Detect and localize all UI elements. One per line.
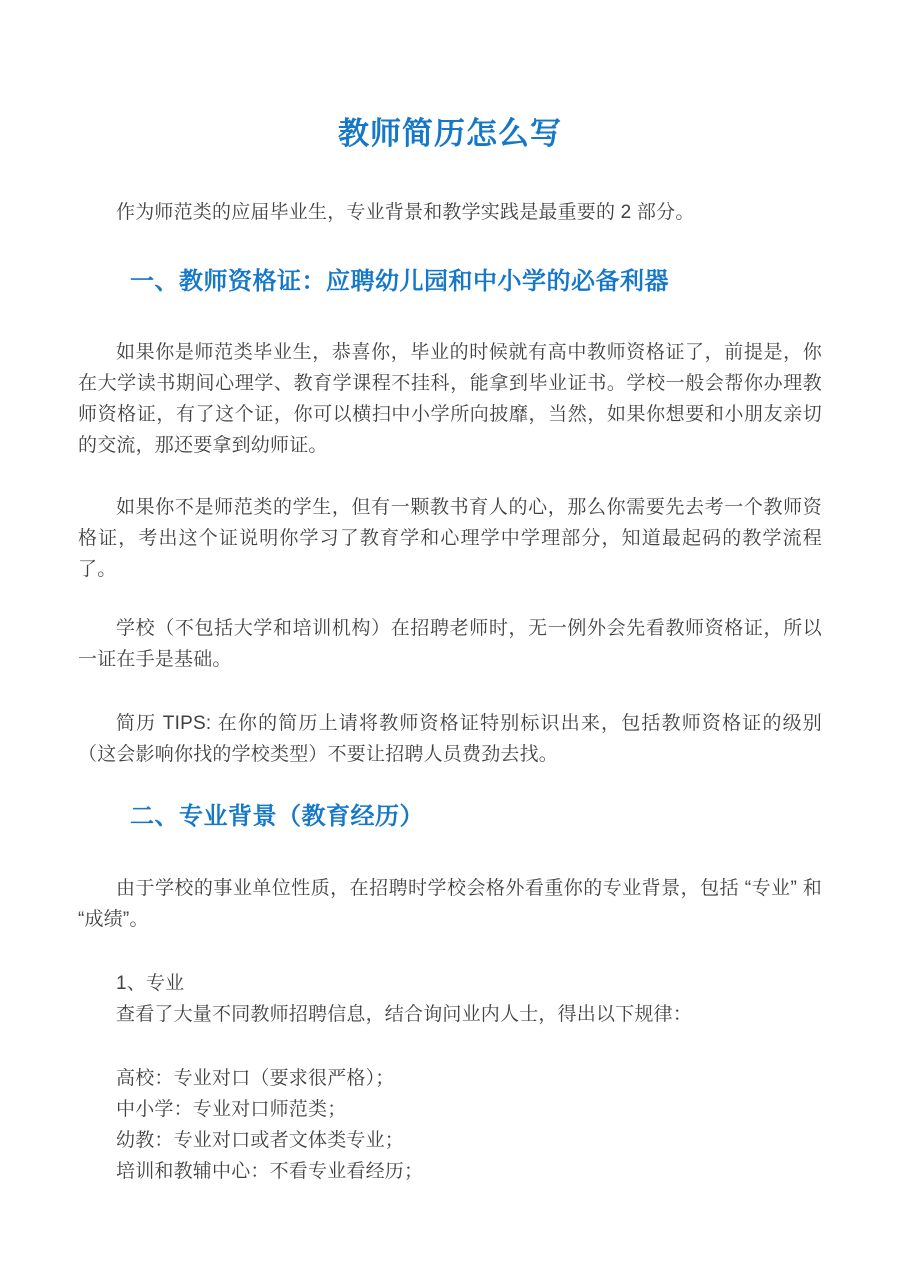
section-1-paragraph-3: 学校（不包括大学和培训机构）在招聘老师时，无一例外会先看教师资格证，所以一证在手… bbox=[78, 613, 822, 675]
rule-preschool: 幼教：专业对口或者文体类专业； bbox=[78, 1125, 822, 1156]
section-1-heading: 一、教师资格证：应聘幼儿园和中小学的必备利器 bbox=[78, 265, 822, 299]
subsection-lead: 查看了大量不同教师招聘信息，结合询问业内人士，得出以下规律： bbox=[78, 999, 822, 1030]
section-2-heading: 二、专业背景（教育经历） bbox=[78, 800, 822, 834]
rule-primary-secondary: 中小学：专业对口师范类； bbox=[78, 1094, 822, 1125]
section-1-paragraph-2: 如果你不是师范类的学生，但有一颗教书育人的心，那么你需要先去考一个教师资格证，考… bbox=[78, 492, 822, 585]
rule-universities: 高校：专业对口（要求很严格）； bbox=[78, 1063, 822, 1094]
section-2-paragraph-1: 由于学校的事业单位性质，在招聘时学校会格外看重你的专业背景，包括 “专业” 和 … bbox=[78, 873, 822, 935]
rule-training-centers: 培训和教辅中心：不看专业看经历； bbox=[78, 1156, 822, 1187]
subsection-label: 1、专业 bbox=[78, 968, 822, 999]
intro-paragraph: 作为师范类的应届毕业生，专业背景和教学实践是最重要的 2 部分。 bbox=[78, 197, 822, 228]
page-title: 教师简历怎么写 bbox=[78, 112, 822, 156]
section-1-paragraph-1: 如果你是师范类毕业生，恭喜你，毕业的时候就有高中教师资格证了，前提是，你在大学读… bbox=[78, 337, 822, 461]
section-1-paragraph-tips: 简历 TIPS: 在你的简历上请将教师资格证特别标识出来，包括教师资格证的级别（… bbox=[78, 708, 822, 770]
rules-list: 高校：专业对口（要求很严格）； 中小学：专业对口师范类； 幼教：专业对口或者文体… bbox=[78, 1063, 822, 1187]
document-page: 教师简历怎么写 作为师范类的应届毕业生，专业背景和教学实践是最重要的 2 部分。… bbox=[0, 112, 900, 1187]
